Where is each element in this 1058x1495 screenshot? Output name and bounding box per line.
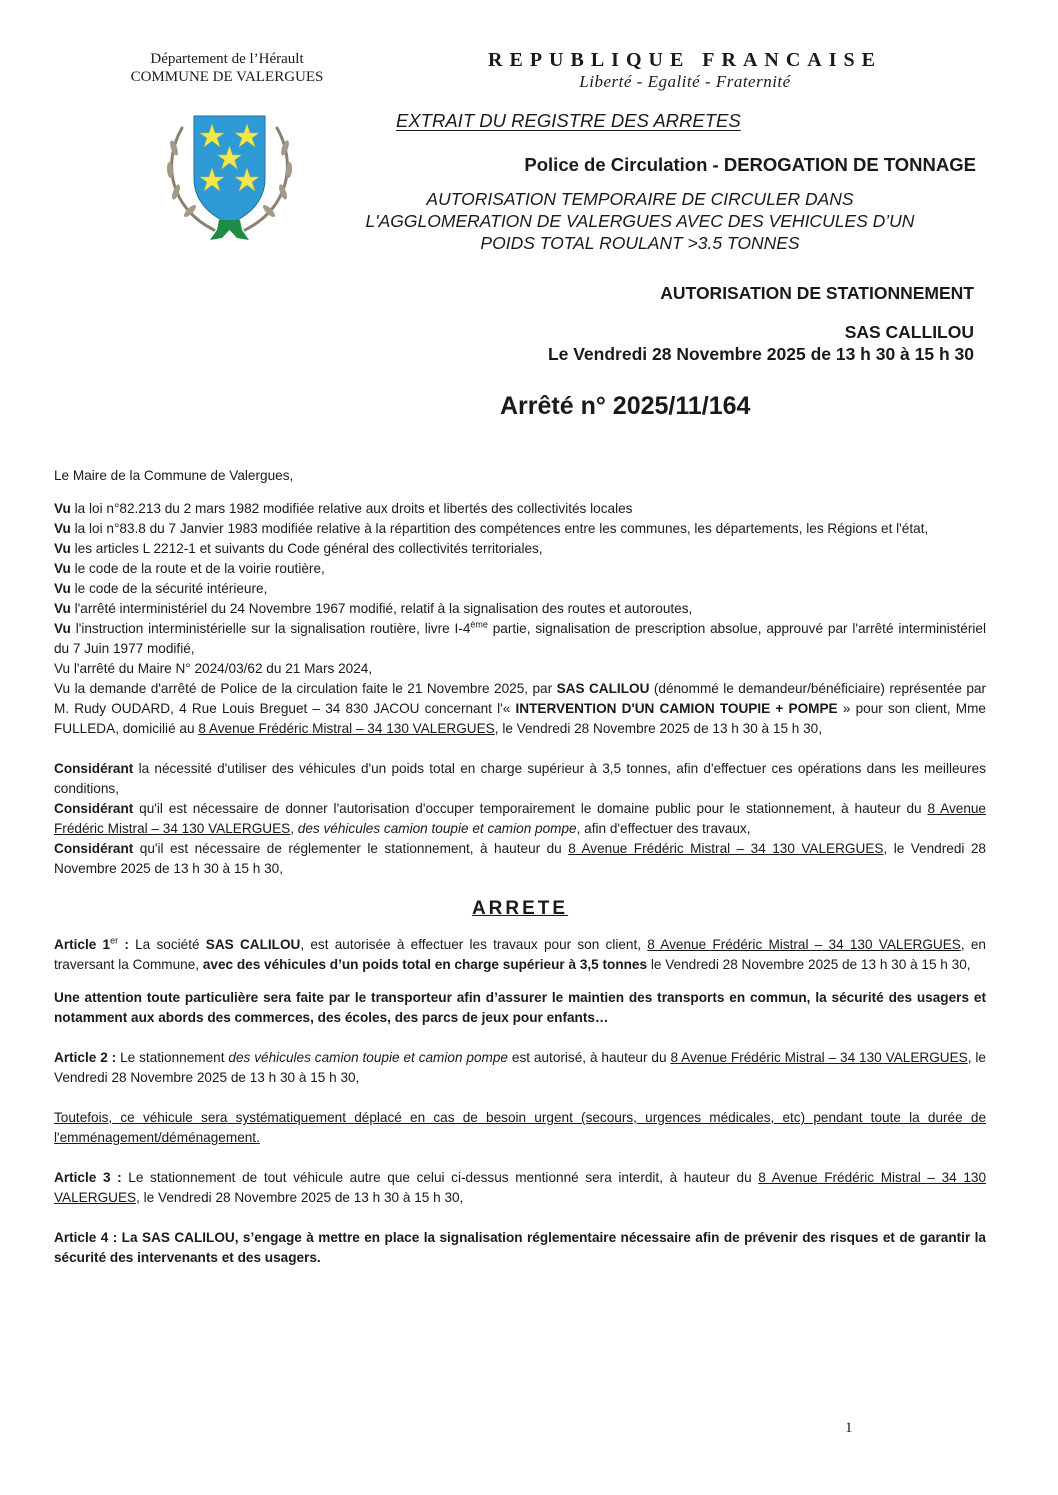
vu-clause: Vu les articles L 2212-1 et suivants du … [54,539,986,559]
considerant-clause: Considérant qu'il est nécessaire de donn… [54,799,986,839]
article-3: Article 3 : Le stationnement de tout véh… [54,1168,986,1208]
address: 8 Avenue Frédéric Mistral – 34 130 VALER… [198,721,494,736]
decree-number: Arrêté n° 2025/11/164 [500,392,750,421]
considerant-clause: Considérant qu'il est nécessaire de régl… [54,839,986,879]
parking-authorization-title: AUTORISATION DE STATIONNEMENT [660,283,974,304]
coat-of-arms-icon [152,108,307,243]
vu-clause: Vu le code de la sécurité intérieure, [54,579,986,599]
commune-name: COMMUNE DE VALERGUES [98,68,356,86]
department-name: Département de l’Hérault [98,50,356,68]
decree-heading: ARRETE [54,897,986,921]
vu-clause: Vu le code de la route et de la voirie r… [54,559,986,579]
republic-motto: Liberté - Egalité - Fraternité [405,72,965,92]
register-extract-title: EXTRAIT DU REGISTRE DES ARRETES [396,110,741,132]
article-4: Article 4 : La SAS CALILOU, s’engage à m… [54,1228,986,1268]
article-1: Article 1er : La société SAS CALILOU, es… [54,935,986,975]
mayor-line: Le Maire de la Commune de Valergues, [54,466,986,486]
temporary-authorization-line: AUTORISATION TEMPORAIRE DE CIRCULER DANS [330,188,950,210]
attention-paragraph: Une attention toute particulière sera fa… [54,988,986,1028]
company-name: SAS CALLILOU [845,322,974,343]
temporary-authorization-line: L'AGGLOMERATION DE VALERGUES AVEC DES VE… [330,210,950,232]
considerant-clause: Considérant la nécessité d'utiliser des … [54,759,986,799]
address: 8 Avenue Frédéric Mistral – 34 130 VALER… [670,1050,967,1065]
temporary-authorization-line: POIDS TOTAL ROULANT >3.5 TONNES [330,232,950,254]
temporary-authorization-title: AUTORISATION TEMPORAIRE DE CIRCULER DANS… [330,188,950,254]
vu-clause: Vu l'arrêté interministériel du 24 Novem… [54,599,986,619]
document-body: Le Maire de la Commune de Valergues, Vu … [54,466,986,1268]
vu-clause: Vu la loi n°82.213 du 2 mars 1982 modifi… [54,499,986,519]
vu-clause-mayor-decree: Vu l'arrêté du Maire N° 2024/03/62 du 21… [54,659,986,679]
vu-clause-request: Vu la demande d'arrêté de Police de la c… [54,679,986,739]
address: 8 Avenue Frédéric Mistral – 34 130 VALER… [568,841,883,856]
police-title: Police de Circulation - DEROGATION DE TO… [524,154,976,176]
republic-title: REPUBLIQUE FRANCAISE [405,48,965,72]
address: 8 Avenue Frédéric Mistral – 34 130 VALER… [647,937,961,952]
vu-clause: Vu la loi n°83.8 du 7 Janvier 1983 modif… [54,519,986,539]
toutefois-paragraph: Toutefois, ce véhicule sera systématique… [54,1108,986,1148]
republic-header: REPUBLIQUE FRANCAISE Liberté - Egalité -… [405,48,965,92]
issuer-block: Département de l’Hérault COMMUNE DE VALE… [98,50,356,86]
page-number: 1 [845,1420,853,1437]
article-2: Article 2 : Le stationnement des véhicul… [54,1048,986,1088]
vu-clause-instruction: Vu l'instruction interministérielle sur … [54,619,986,659]
authorization-date: Le Vendredi 28 Novembre 2025 de 13 h 30 … [548,344,974,365]
